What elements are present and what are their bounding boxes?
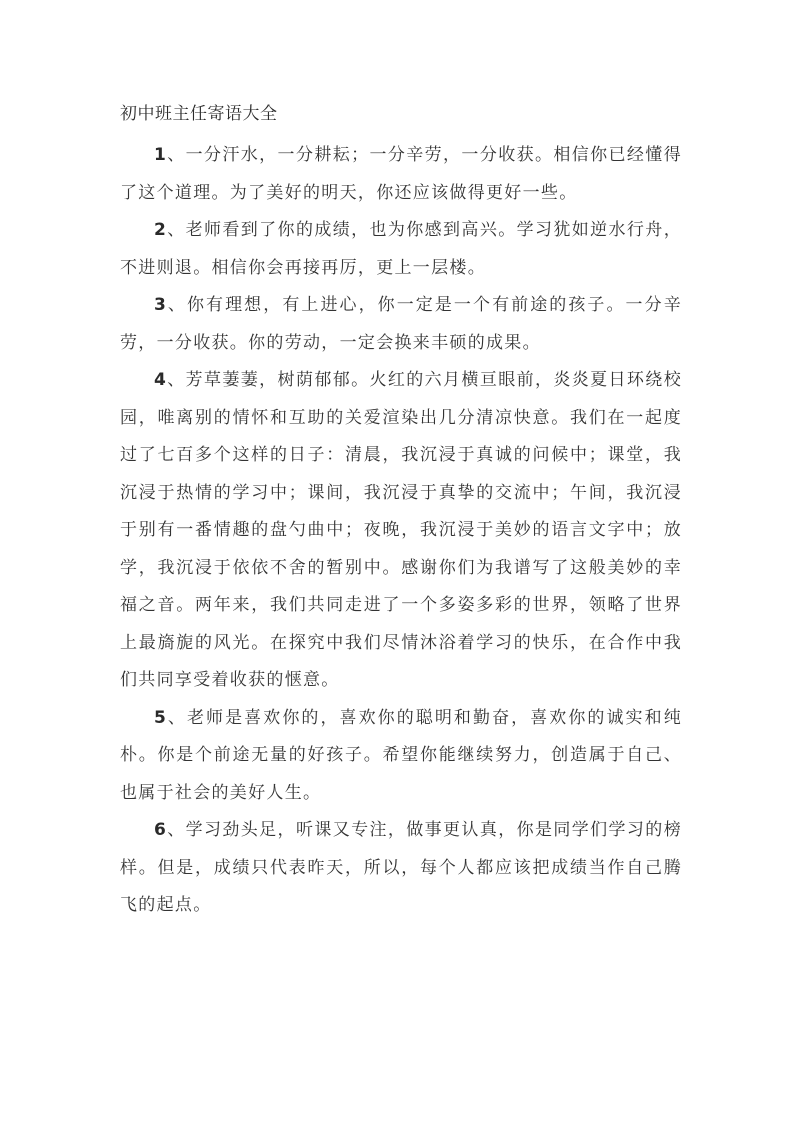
- paragraph-4: 4、芳草萋萋，树荫郁郁。火红的六月横亘眼前，炎炎夏日环绕校园，唯离别的情怀和互助…: [120, 362, 682, 700]
- paragraph-text: 、你有理想，有上进心，你一定是一个有前途的孩子。一分辛劳，一分收获。你的劳动，一…: [120, 295, 682, 353]
- paragraph-2: 2、老师看到了你的成绩，也为你感到高兴。学习犹如逆水行舟，不进则退。相信你会再接…: [120, 212, 682, 287]
- paragraph-6: 6、学习劲头足，听课又专注，做事更认真，你是同学们学习的榜样。但是，成绩只代表昨…: [120, 812, 682, 925]
- paragraph-number: 3: [154, 295, 167, 315]
- paragraph-text: 、学习劲头足，听课又专注，做事更认真，你是同学们学习的榜样。但是，成绩只代表昨天…: [120, 820, 682, 915]
- paragraph-1: 1、一分汗水，一分耕耘；一分辛劳，一分收获。相信你已经懂得了这个道理。为了美好的…: [120, 137, 682, 212]
- paragraph-text: 、一分汗水，一分耕耘；一分辛劳，一分收获。相信你已经懂得了这个道理。为了美好的明…: [120, 145, 682, 203]
- paragraph-text: 、老师是喜欢你的，喜欢你的聪明和勤奋，喜欢你的诚实和纯朴。你是个前途无量的好孩子…: [120, 708, 682, 803]
- paragraph-number: 5: [154, 708, 167, 728]
- paragraph-3: 3、你有理想，有上进心，你一定是一个有前途的孩子。一分辛劳，一分收获。你的劳动，…: [120, 287, 682, 362]
- document-page: 初中班主任寄语大全 1、一分汗水，一分耕耘；一分辛劳，一分收获。相信你已经懂得了…: [120, 100, 682, 925]
- paragraph-number: 4: [154, 370, 167, 390]
- paragraph-5: 5、老师是喜欢你的，喜欢你的聪明和勤奋，喜欢你的诚实和纯朴。你是个前途无量的好孩…: [120, 700, 682, 813]
- paragraph-text: 、老师看到了你的成绩，也为你感到高兴。学习犹如逆水行舟，不进则退。相信你会再接再…: [120, 220, 682, 278]
- paragraph-number: 2: [154, 220, 167, 240]
- paragraph-number: 6: [154, 820, 167, 840]
- paragraph-number: 1: [154, 145, 167, 165]
- paragraph-text: 、芳草萋萋，树荫郁郁。火红的六月横亘眼前，炎炎夏日环绕校园，唯离别的情怀和互助的…: [120, 370, 682, 690]
- document-title: 初中班主任寄语大全: [120, 100, 682, 128]
